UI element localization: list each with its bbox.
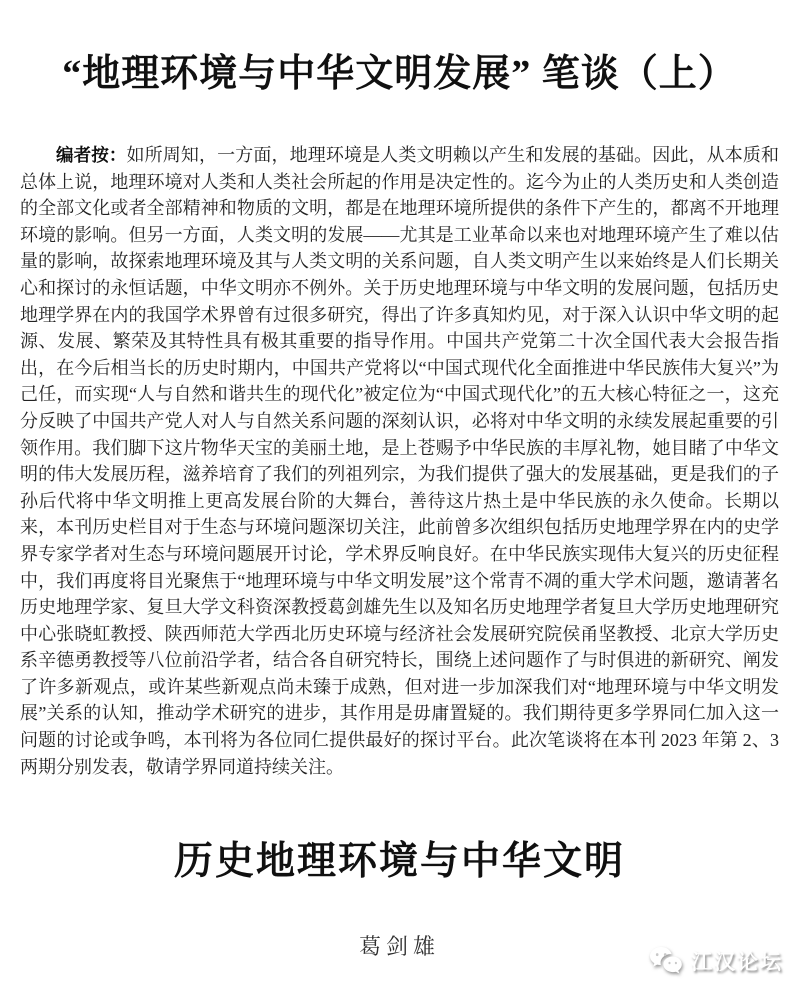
- article-title: 历史地理环境与中华文明: [0, 838, 799, 886]
- watermark: 江汉论坛: [648, 945, 783, 976]
- watermark-text: 江汉论坛: [691, 946, 783, 976]
- editor-note-label: 编者按：: [56, 145, 127, 165]
- editor-note: 编者按：如所周知，一方面，地理环境是人类文明赖以产生和发展的基础。因此，从本质和…: [20, 142, 779, 780]
- wechat-icon: [648, 945, 684, 976]
- page-title: “地理环境与中华文明发展” 笔谈（上）: [12, 50, 787, 98]
- document-page: “地理环境与中华文明发展” 笔谈（上） 编者按：如所周知，一方面，地理环境是人类…: [0, 0, 799, 990]
- editor-note-text: 如所周知，一方面，地理环境是人类文明赖以产生和发展的基础。因此，从本质和总体上说…: [20, 145, 779, 777]
